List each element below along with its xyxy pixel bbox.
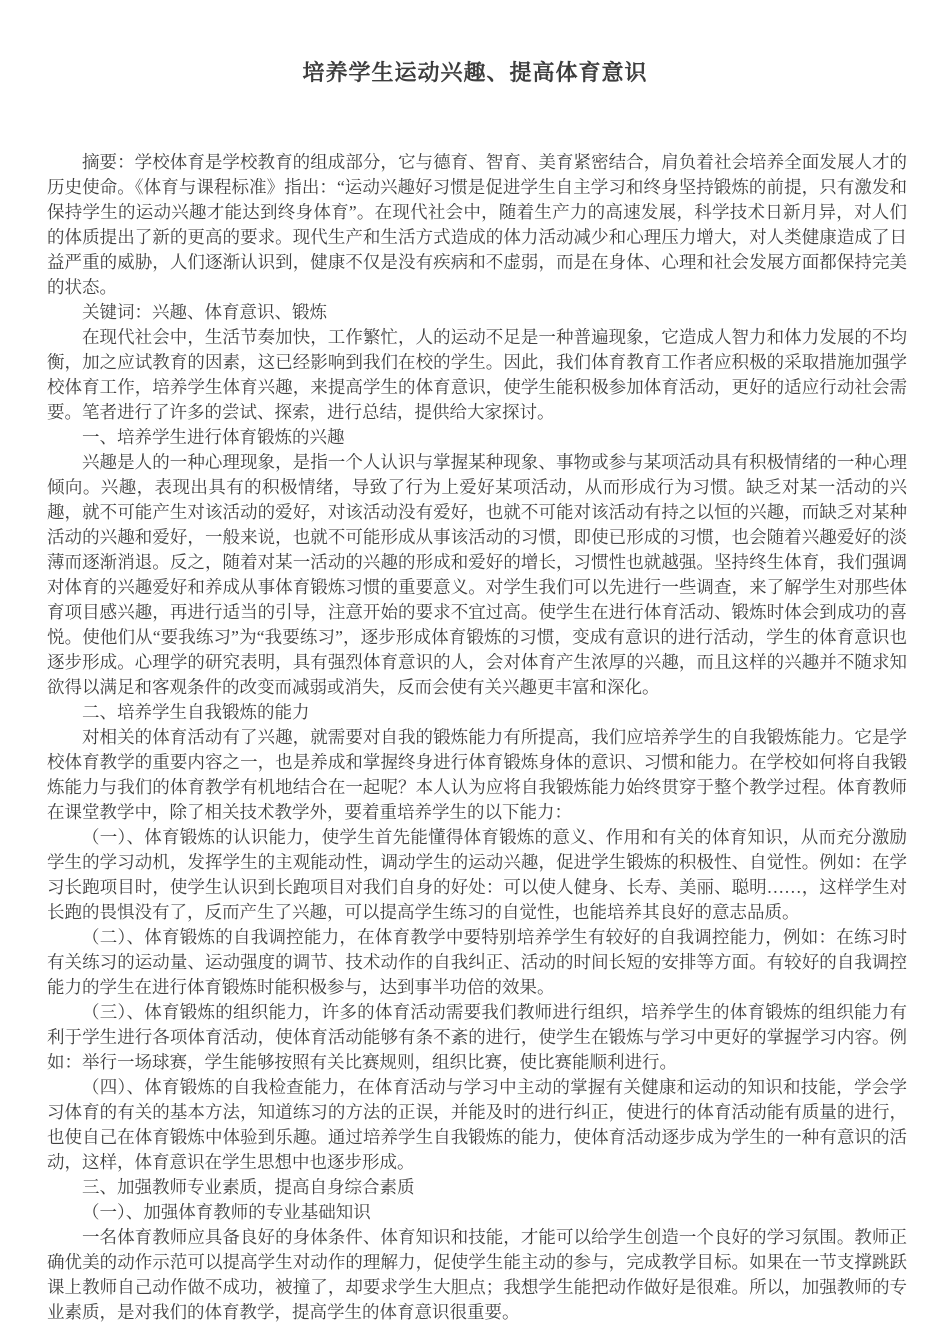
paragraph-ability-1: （一）、体育锻炼的认识能力，使学生首先能懂得体育锻炼的意义、作用和有关的体育知识… bbox=[47, 825, 907, 925]
paragraph-keywords: 关键词：兴趣、体育意识、锻炼 bbox=[47, 300, 907, 325]
paragraph-ability-4: （四）、体育锻炼的自我检查能力，在体育活动与学习中主动的掌握有关健康和运动的知识… bbox=[47, 1075, 907, 1175]
paragraph-abstract: 摘要：学校体育是学校教育的组成部分，它与德育、智育、美育紧密结合，肩负着社会培养… bbox=[47, 150, 907, 300]
heading-section-3-sub-1: （一）、加强体育教师的专业基础知识 bbox=[47, 1200, 907, 1225]
paragraph-ability-3: （三）、体育锻炼的组织能力，许多的体育活动需要我们教师进行组织，培养学生的体育锻… bbox=[47, 1000, 907, 1075]
paragraph-section-3-body: 一名体育教师应具备良好的身体条件、体育知识和技能，才能可以给学生创造一个良好的学… bbox=[47, 1225, 907, 1325]
paragraph-section-1-body: 兴趣是人的一种心理现象，是指一个人认识与掌握某种现象、事物或参与某项活动具有积极… bbox=[47, 450, 907, 700]
document-page: 培养学生运动兴趣、提高体育意识 摘要：学校体育是学校教育的组成部分，它与德育、智… bbox=[0, 0, 950, 1344]
document-body: 摘要：学校体育是学校教育的组成部分，它与德育、智育、美育紧密结合，肩负着社会培养… bbox=[0, 150, 950, 1325]
document-title: 培养学生运动兴趣、提高体育意识 bbox=[0, 0, 950, 88]
heading-section-1: 一、培养学生进行体育锻炼的兴趣 bbox=[47, 425, 907, 450]
paragraph-intro: 在现代社会中，生活节奏加快，工作繁忙，人的运动不足是一种普遍现象，它造成人智力和… bbox=[47, 325, 907, 425]
heading-section-3: 三、加强教师专业素质，提高自身综合素质 bbox=[47, 1175, 907, 1200]
paragraph-ability-2: （二）、体育锻炼的自我调控能力，在体育教学中要特别培养学生有较好的自我调控能力，… bbox=[47, 925, 907, 1000]
paragraph-section-2-body: 对相关的体育活动有了兴趣，就需要对自我的锻炼能力有所提高，我们应培养学生的自我锻… bbox=[47, 725, 907, 825]
heading-section-2: 二、培养学生自我锻炼的能力 bbox=[47, 700, 907, 725]
